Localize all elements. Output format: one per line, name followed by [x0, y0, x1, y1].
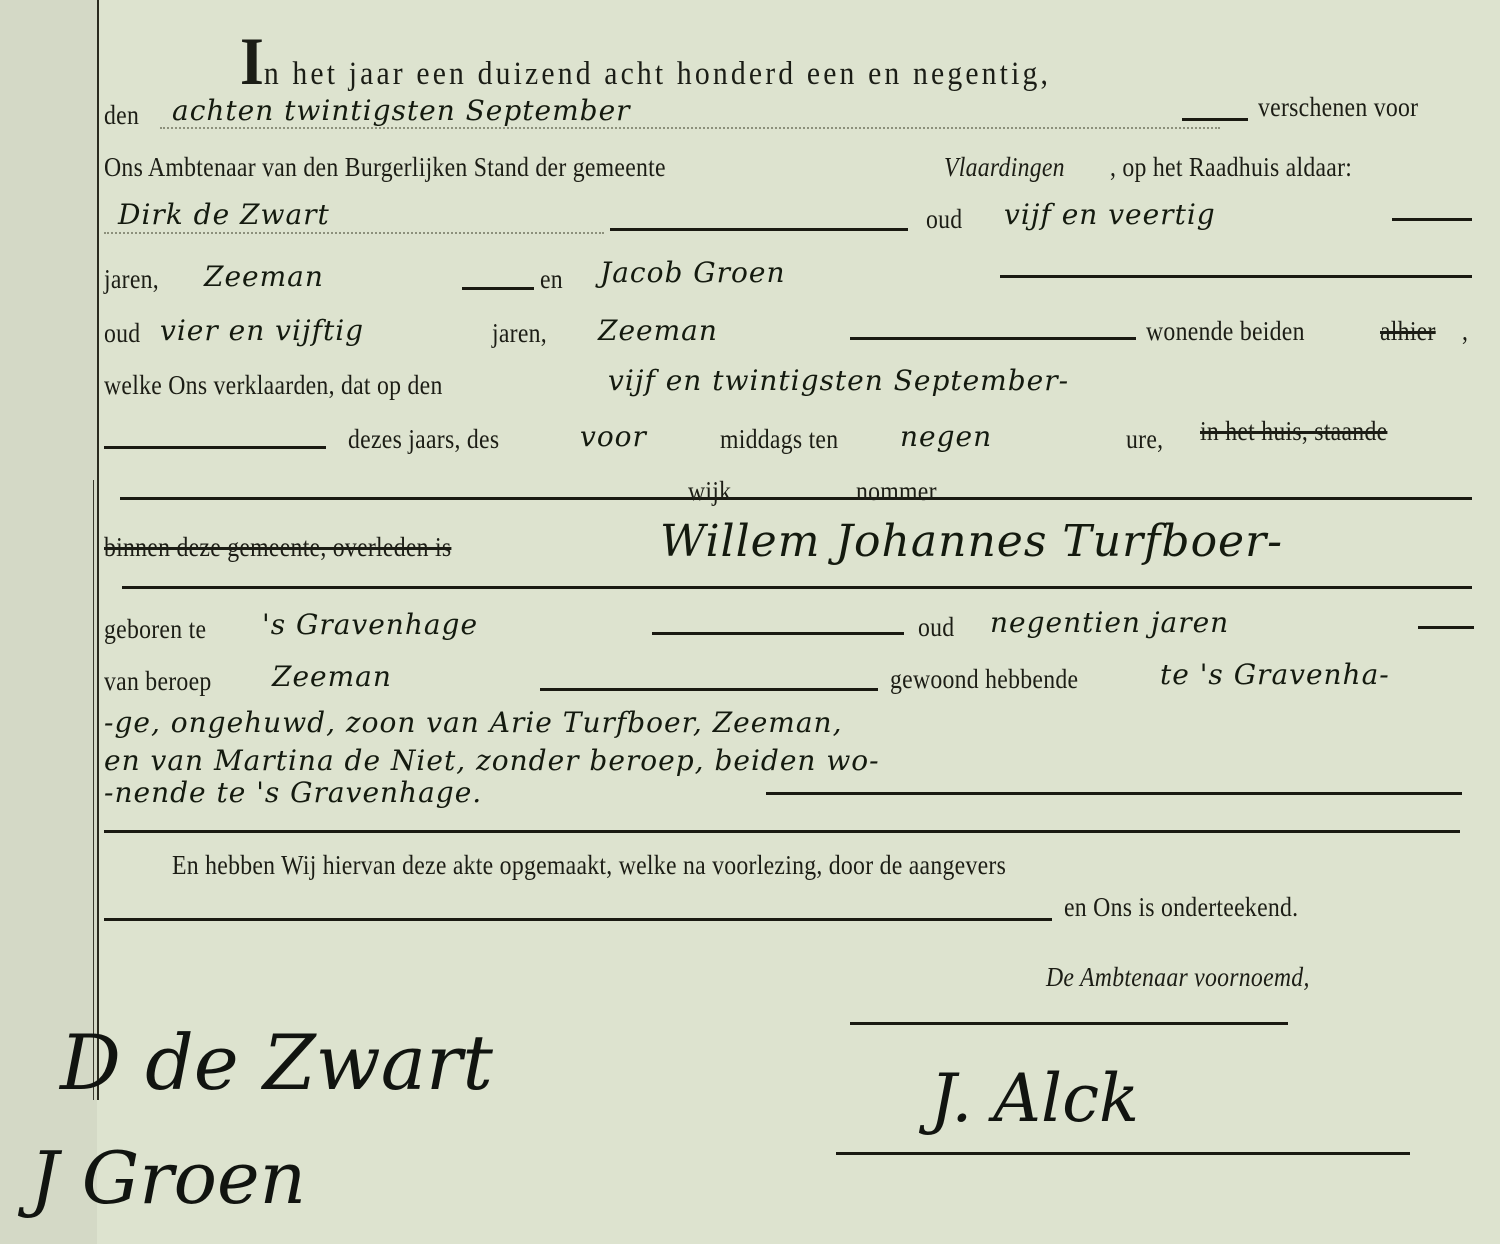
declarant-1-occupation: Zeeman	[204, 260, 324, 293]
residence-start: te 's Gravenha-	[1160, 658, 1390, 691]
fill-dash	[652, 632, 904, 635]
gewoond-text: gewoond hebbende	[890, 664, 1078, 695]
declarant-2-name: Jacob Groen	[600, 256, 786, 289]
death-hour: negen	[900, 420, 992, 453]
jaren-label: jaren,	[104, 264, 159, 295]
declarant-2-occupation: Zeeman	[598, 314, 718, 347]
verklaarden-text: welke Ons verklaarden, dat op den	[104, 370, 443, 401]
municipality-name: Vlaardingen	[944, 152, 1065, 183]
struck-fill-line	[120, 497, 1472, 500]
fill-dash	[1418, 626, 1474, 629]
fill-dash	[850, 337, 1136, 340]
ure-label: ure,	[1126, 424, 1163, 455]
signature-declarant-1: D de Zwart	[60, 1018, 493, 1107]
drop-cap: I	[240, 23, 264, 99]
deceased-name: Willem Johannes Turfboer-	[660, 516, 1283, 567]
fill-dotted	[104, 232, 604, 234]
comma: ,	[1462, 316, 1468, 347]
parents-line-2: en van Martina de Niet, zonder beroep, b…	[104, 744, 880, 777]
dezes-jaars-text: dezes jaars, des	[348, 424, 499, 455]
parents-line-1: -ge, ongehuwd, zoon van Arie Turfboer, Z…	[104, 706, 842, 739]
onderteekend-text: en Ons is onderteekend.	[1064, 892, 1298, 923]
declarant-1-name: Dirk de Zwart	[118, 198, 330, 231]
death-date: vijf en twintigsten September-	[608, 364, 1069, 397]
fill-dash	[1392, 218, 1472, 221]
wonende-text: wonende beiden	[1146, 316, 1305, 347]
declarant-1-age: vijf en veertig	[1004, 198, 1216, 231]
declarant-2-age: vier en vijftig	[160, 314, 364, 347]
wijk-label: wijk	[688, 476, 731, 507]
struck-huis-staande: in het huis, staande	[1200, 416, 1387, 447]
birthplace: 's Gravenhage	[262, 608, 478, 641]
en-label: en	[540, 264, 563, 295]
fill-dotted	[160, 127, 1220, 129]
margin-rule	[97, 0, 99, 1100]
opening-line: In het jaar een duizend acht honderd een…	[240, 22, 1051, 101]
closing-text: En hebben Wij hiervan deze akte opgemaak…	[172, 850, 1006, 881]
margin-rule-inner	[93, 480, 94, 1100]
parents-line-3: -nende te 's Gravenhage.	[104, 776, 482, 809]
beroep-label: van beroep	[104, 666, 212, 697]
time-of-day: voor	[580, 420, 647, 453]
date-label: den	[104, 100, 139, 131]
fill-dash	[766, 792, 1462, 795]
jaren-label: jaren,	[492, 318, 547, 349]
fill-dash	[122, 586, 1472, 589]
oud-label: oud	[918, 612, 954, 643]
middags-text: middags ten	[720, 424, 838, 455]
deceased-age: negentien jaren	[990, 606, 1229, 639]
fill-dash	[462, 287, 534, 290]
deceased-occupation: Zeeman	[272, 660, 392, 693]
struck-alhier: alhier	[1380, 316, 1436, 347]
ambtenaar-voornoemd: De Ambtenaar voornoemd,	[1046, 962, 1310, 993]
signature-official: J. Alck	[930, 1060, 1139, 1137]
handwritten-date: achten twintigsten September	[172, 94, 631, 127]
verschenen-text: verschenen voor	[1258, 92, 1418, 123]
fill-dash	[540, 688, 878, 691]
geboren-label: geboren te	[104, 614, 206, 645]
nommer-label: nommer	[856, 476, 937, 507]
raadhuis-text: , op het Raadhuis aldaar:	[1110, 152, 1352, 183]
fill-dash	[104, 918, 1052, 921]
signature-declarant-2: J Groen	[30, 1136, 306, 1220]
ambtenaar-text: Ons Ambtenaar van den Burgerlijken Stand…	[104, 152, 666, 183]
struck-binnen-gemeente: binnen deze gemeente, overleden is	[104, 532, 451, 563]
oud-label: oud	[926, 204, 962, 235]
fill-dash	[610, 228, 908, 231]
signature-rule-bottom	[836, 1152, 1410, 1155]
fill-dash	[1000, 275, 1472, 278]
signature-rule-top	[850, 1022, 1288, 1025]
fill-dash	[1182, 118, 1248, 121]
oud-label: oud	[104, 318, 140, 349]
opening-text: n het jaar een duizend acht honderd een …	[264, 56, 1051, 92]
fill-dash	[104, 830, 1460, 833]
fill-dash	[104, 446, 326, 449]
